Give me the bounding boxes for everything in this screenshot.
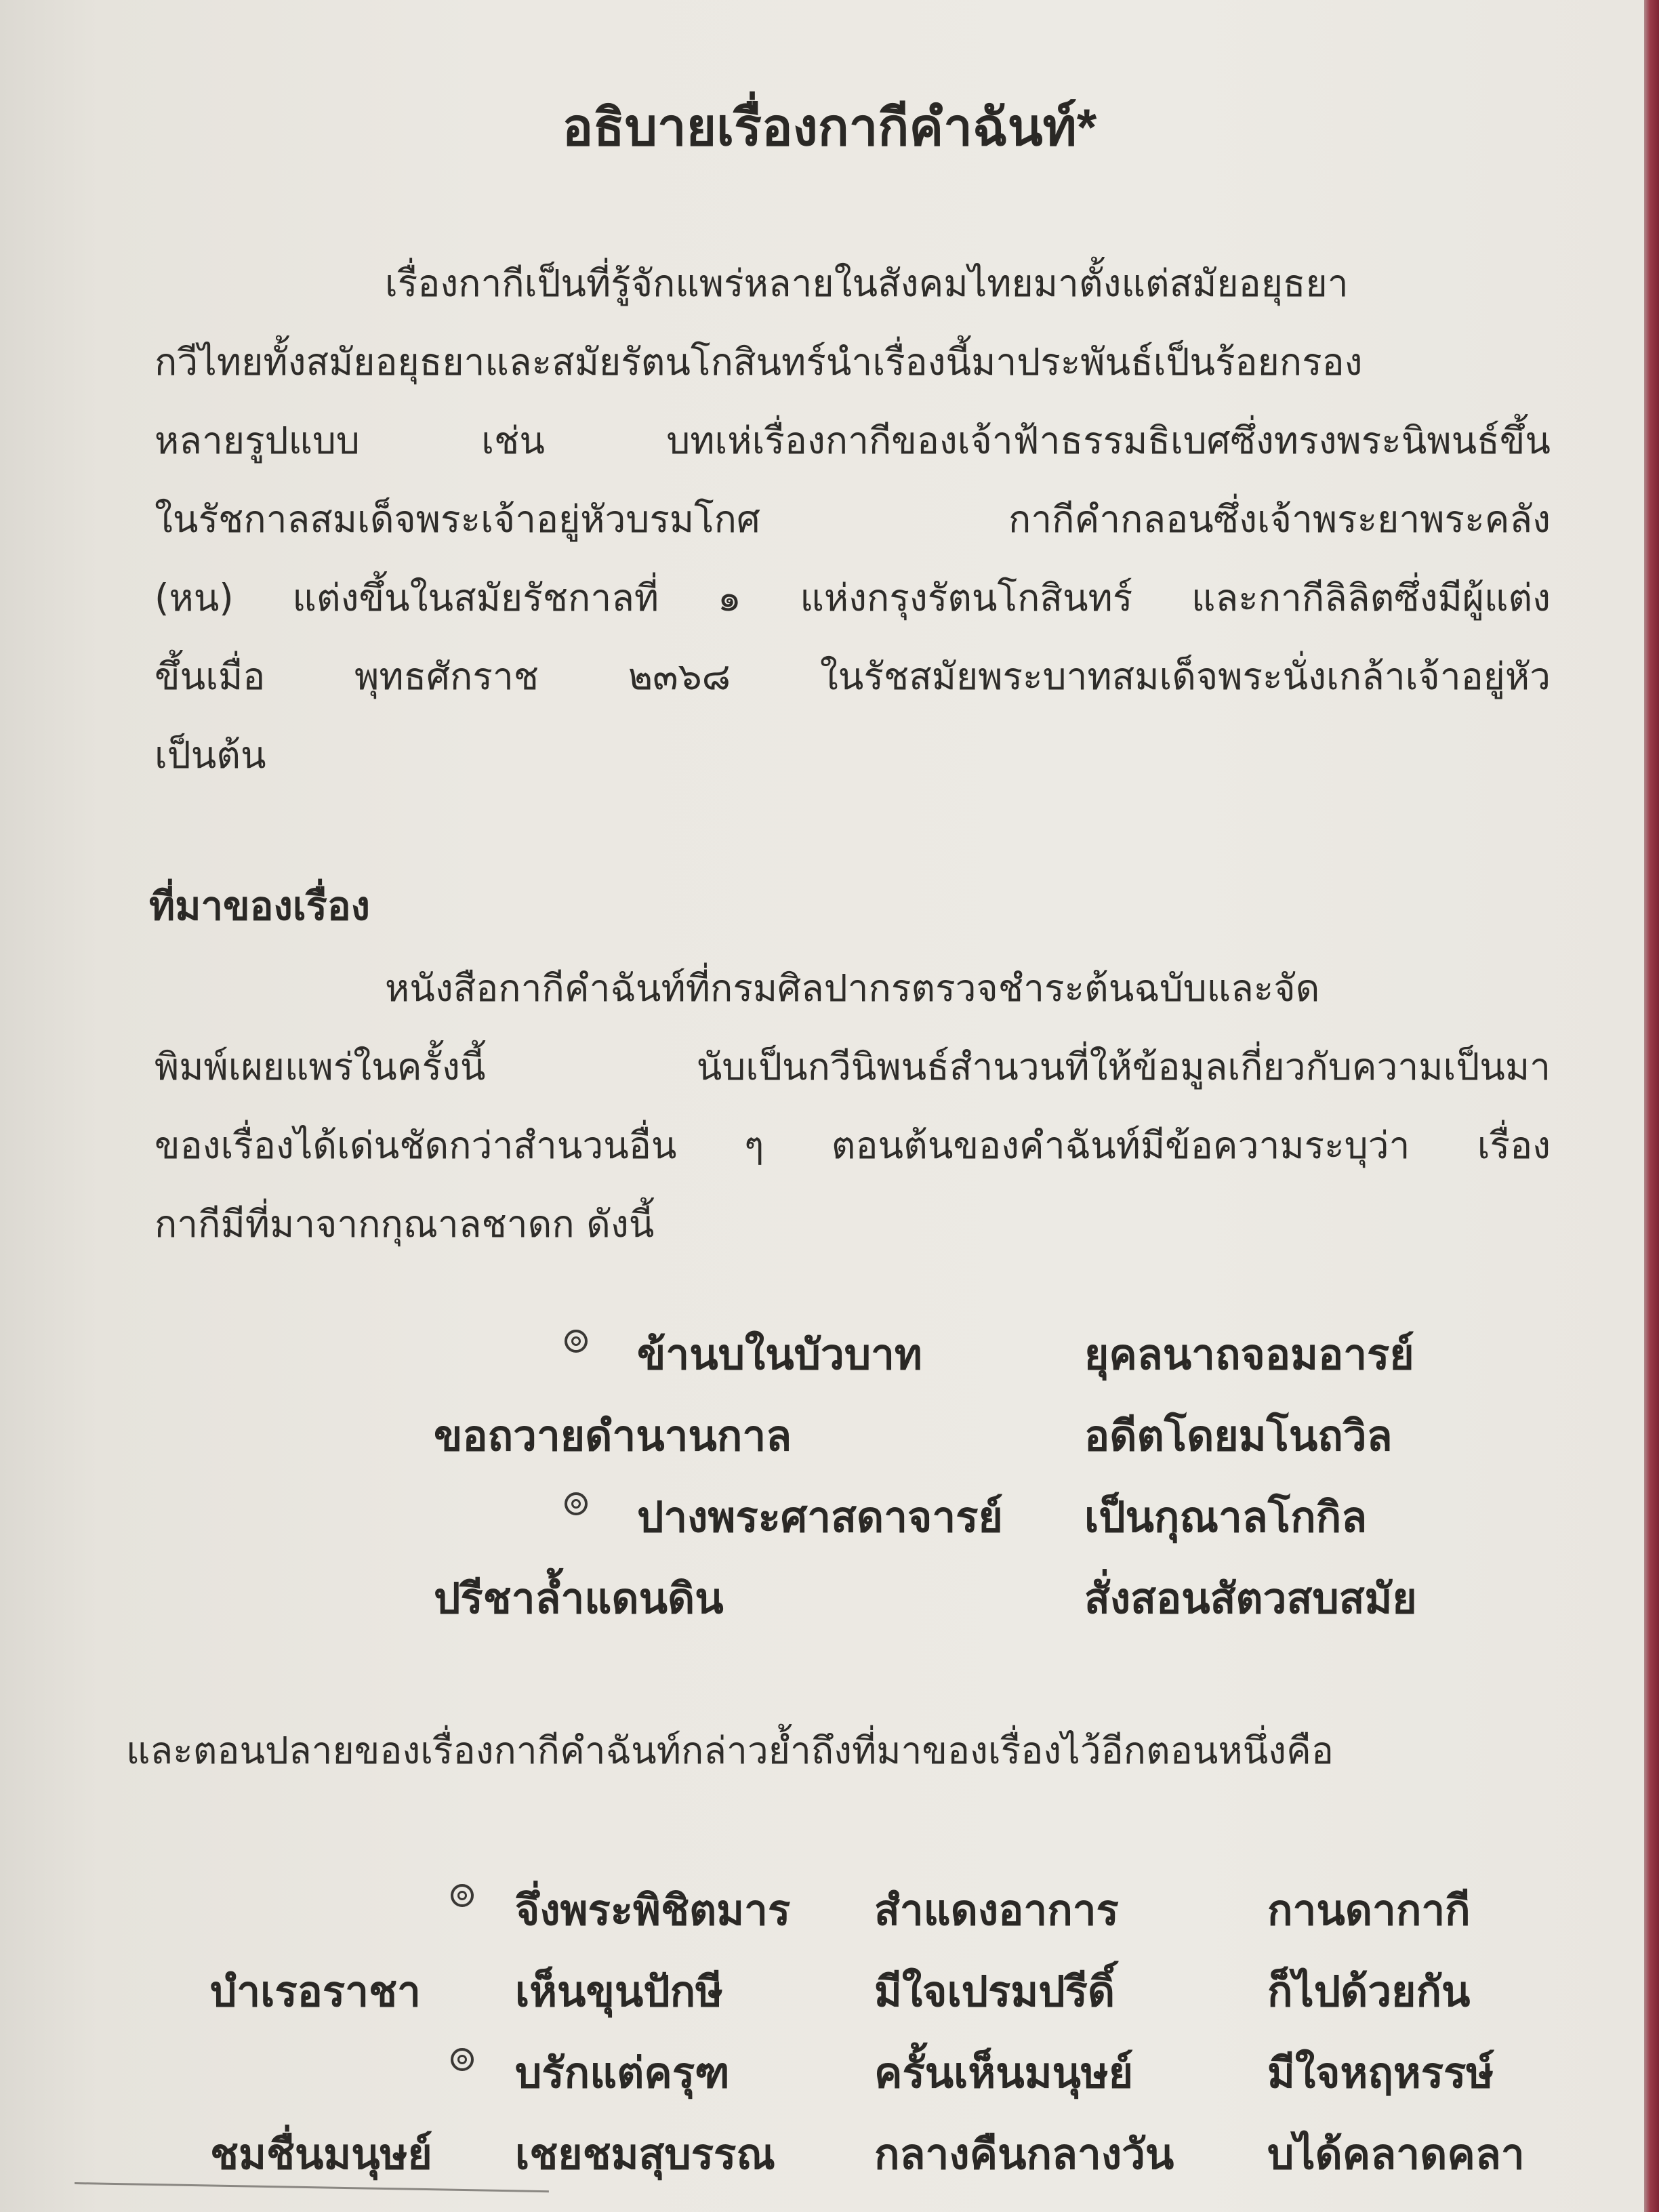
verse-hemistich: สั่งสอนสัตวสบสมัย <box>1084 1565 1417 1632</box>
verse-hemistich: ปรีชาล้ำแดนดิน <box>434 1565 724 1632</box>
verse-hemistich: ปางพระศาสดาจารย์ <box>637 1484 1003 1551</box>
verse-segment: บำเรอราชา <box>210 1959 421 2025</box>
section-paragraph: หนังสือกากีคำฉันท์ที่กรมศิลปากรตรวจชำระต… <box>155 949 1551 1263</box>
bullseye-bullet-icon <box>451 1884 474 1907</box>
section-heading: ที่มาของเรื่อง <box>149 874 370 937</box>
text-line: ในรัชกาลสมเด็จพระเจ้าอยู่หัวบรมโกศ กากีค… <box>155 480 1551 558</box>
verse-segment: บรักแต่ครุฑ <box>515 2040 730 2106</box>
verse-hemistich: เป็นกุณาลโกกิล <box>1084 1484 1367 1551</box>
text-line: เป็นต้น <box>155 716 1551 794</box>
verse-segment: เห็นขุนปักษี <box>515 1959 723 2025</box>
text-line: (หน) แต่งขึ้นในสมัยรัชกาลที่ ๑ แห่งกรุงร… <box>155 558 1551 637</box>
verse-segment: บได้คลาดคลา <box>1267 2121 1525 2188</box>
page-title: อธิบายเรื่องกากีคำฉันท์* <box>0 87 1659 168</box>
verse-segment: มีใจหฤหรรษ์ <box>1267 2040 1494 2106</box>
text-line: พิมพ์เผยแพร่ในครั้งนี้ นับเป็นกวีนิพนธ์ส… <box>155 1027 1551 1106</box>
verse-hemistich: ข้านบในบัวบาท <box>637 1322 922 1388</box>
transition-sentence: และตอนปลายของเรื่องกากีคำฉันท์กล่าวย้ำถึ… <box>126 1721 1549 1780</box>
verse-segment: ครั้นเห็นมนุษย์ <box>874 2040 1133 2106</box>
text-line: กวีไทยทั้งสมัยอยุธยาและสมัยรัตนโกสินทร์น… <box>155 323 1551 401</box>
verse-hemistich: ยุคลนาถจอมอารย์ <box>1084 1322 1414 1388</box>
verse-segment: เชยชมสุบรรณ <box>515 2121 775 2188</box>
text-line: หนังสือกากีคำฉันท์ที่กรมศิลปากรตรวจชำระต… <box>155 949 1551 1027</box>
verse-segment: กานดากากี <box>1267 1877 1471 1944</box>
book-page: อธิบายเรื่องกากีคำฉันท์* เรื่องกากีเป็นท… <box>0 0 1645 2212</box>
verse-segment: มีใจเปรมปรีดิ์ <box>874 1959 1115 2025</box>
text-line: ขึ้นเมื่อ พุทธศักราช ๒๓๖๘ ในรัชสมัยพระบา… <box>155 637 1551 716</box>
text-line: เรื่องกากีเป็นที่รู้จักแพร่หลายในสังคมไท… <box>155 244 1551 323</box>
verse-hemistich: ขอถวายดำนานกาล <box>434 1403 792 1469</box>
text-line: ของเรื่องได้เด่นชัดกว่าสำนวนอื่น ๆ ตอนต้… <box>155 1106 1551 1185</box>
bullseye-bullet-icon <box>565 1492 588 1515</box>
verse-segment: สำแดงอาการ <box>874 1877 1119 1944</box>
book-cover-edge <box>1644 0 1659 2212</box>
verse-segment: ก็ไปด้วยกัน <box>1267 1959 1470 2025</box>
bullseye-bullet-icon <box>451 2048 474 2071</box>
verse-segment: กลางคืนกลางวัน <box>874 2121 1174 2188</box>
text-line: กากีมีที่มาจากกุณาลชาดก ดังนี้ <box>155 1185 1551 1263</box>
verse-segment: ชมชื่นมนุษย์ <box>210 2121 432 2188</box>
verse-hemistich: อดีตโดยมโนถวิล <box>1084 1403 1393 1469</box>
bullseye-bullet-icon <box>565 1330 588 1353</box>
intro-paragraph: เรื่องกากีเป็นที่รู้จักแพร่หลายในสังคมไท… <box>155 244 1551 794</box>
verse-segment: จึ่งพระพิชิตมาร <box>515 1877 790 1944</box>
text-line: หลายรูปแบบ เช่น บทเห่เรื่องกากีของเจ้าฟ้… <box>155 401 1551 480</box>
